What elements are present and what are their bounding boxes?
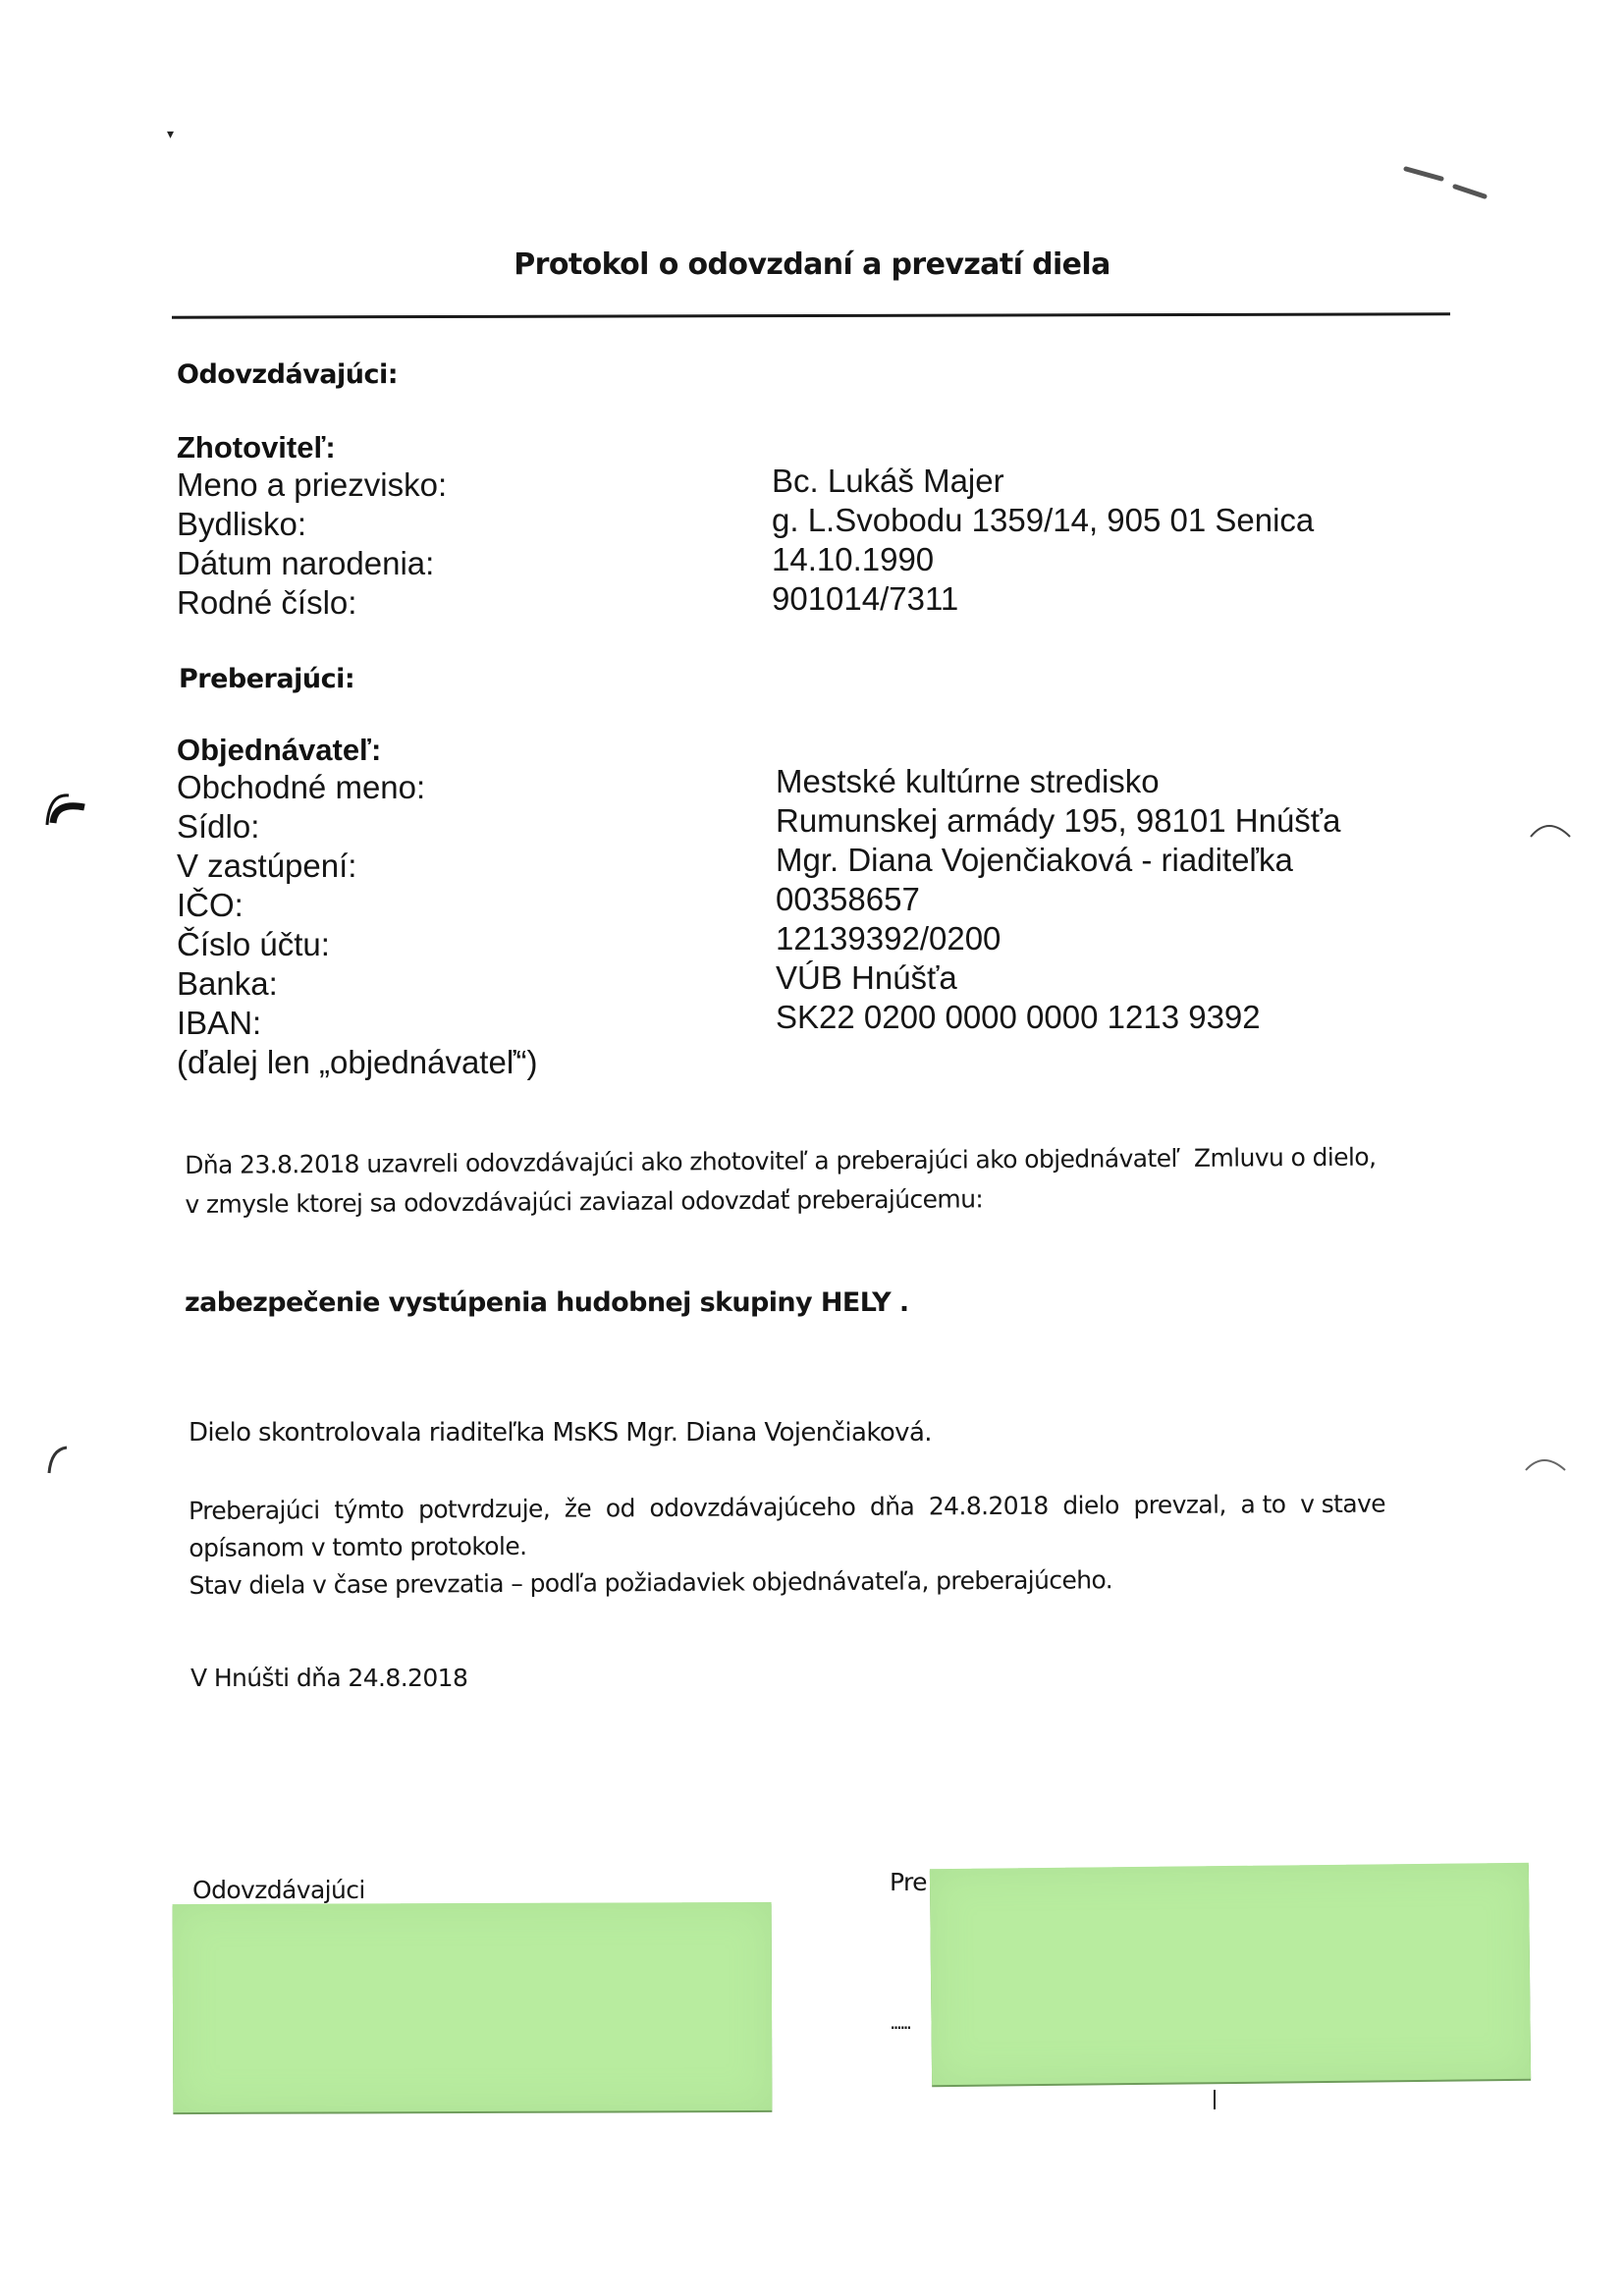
field-label: Sídlo: [177, 807, 537, 847]
contract-paragraph-line: v zmysle ktorej sa odovzdávajúci zaviaza… [185, 1178, 1377, 1224]
client-values: Mestské kultúrne stredisko Rumunskej arm… [776, 762, 1341, 1037]
field-label: IBAN: [177, 1004, 537, 1043]
staple-mark-icon [1394, 157, 1532, 216]
inspection-statement: Dielo skontrolovala riaditeľka MsKS Mgr.… [189, 1414, 932, 1451]
place-and-date: V Hnúšti dňa 24.8.2018 [190, 1660, 467, 1697]
contractor-birth-date: 14.10.1990 [772, 540, 1314, 579]
punch-hole-mark-icon [1527, 815, 1576, 845]
field-label: Banka: [177, 964, 537, 1004]
field-label: Rodné číslo: [177, 583, 447, 623]
client-seat: Rumunskej armády 195, 98101 Hnúšťa [776, 801, 1341, 841]
contractor-birth-number: 901014/7311 [772, 579, 1314, 619]
contract-paragraph-line: Dňa 23.8.2018 uzavreli odovzdávajúci ako… [185, 1139, 1377, 1184]
scan-dot-mark: ▾ [167, 126, 174, 142]
contractor-address: g. L.Svobodu 1359/14, 905 01 Senica [772, 501, 1314, 540]
work-subject: zabezpečenie vystúpenia hudobnej skupiny… [185, 1285, 909, 1322]
field-label: Bydlisko: [177, 505, 447, 544]
contract-paragraph: Dňa 23.8.2018 uzavreli odovzdávajúci ako… [185, 1139, 1377, 1224]
contractor-fields: Meno a priezvisko: Bydlisko: Dátum narod… [177, 465, 447, 623]
client-heading: Objednávateľ: [177, 733, 381, 768]
confirmation-paragraph: Preberajúci týmto potvrdzuje, že od odov… [189, 1485, 1476, 1605]
field-label: Dátum narodenia: [177, 544, 447, 583]
field-label: Meno a priezvisko: [177, 465, 447, 505]
signature-label-receiving: Pre [890, 1864, 927, 1901]
client-fields: Obchodné meno: Sídlo: V zastúpení: IČO: … [177, 768, 537, 1082]
work-state: Stav diela v čase prevzatia – podľa poži… [189, 1559, 1475, 1605]
signature-tick-mark [1214, 2090, 1216, 2109]
client-bank: VÚB Hnúšťa [776, 958, 1341, 998]
punch-hole-mark-icon [1522, 1449, 1571, 1478]
redaction-patch-left [173, 1902, 773, 2112]
document-title: Protokol o odovzdaní a prevzatí diela [0, 247, 1624, 282]
field-label: Obchodné meno: [177, 768, 537, 807]
title-divider [172, 312, 1450, 318]
client-name: Mestské kultúrne stredisko [776, 762, 1341, 801]
client-account-number: 12139392/0200 [776, 919, 1341, 958]
punch-hole-mark-icon [39, 786, 98, 854]
field-label: V zastúpení: [177, 847, 537, 886]
confirmation-line: Preberajúci týmto potvrdzuje, že od odov… [189, 1485, 1475, 1530]
client-representative: Mgr. Diana Vojenčiaková - riaditeľka [776, 841, 1341, 880]
receiving-party-heading: Preberajúci: [179, 664, 354, 694]
client-iban: SK22 0200 0000 0000 1213 9392 [776, 998, 1341, 1037]
contractor-values: Bc. Lukáš Majer g. L.Svobodu 1359/14, 90… [772, 462, 1314, 619]
punch-hole-mark-icon [39, 1434, 79, 1483]
contractor-name: Bc. Lukáš Majer [772, 462, 1314, 501]
handover-party-heading: Odovzdávajúci: [177, 359, 398, 390]
signature-dots: ...... [890, 2003, 909, 2041]
redaction-patch-right [930, 1863, 1531, 2085]
field-label: IČO: [177, 886, 537, 925]
client-alias: (ďalej len „objednávateľ“) [177, 1043, 537, 1082]
contractor-heading: Zhotoviteľ: [177, 430, 336, 465]
client-ico: 00358657 [776, 880, 1341, 919]
field-label: Číslo účtu: [177, 925, 537, 964]
